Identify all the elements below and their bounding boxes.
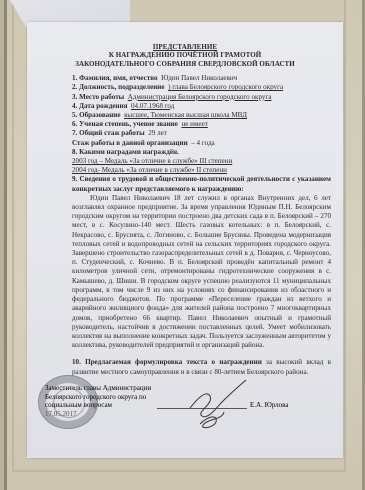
handwritten-signature-icon [188, 378, 248, 433]
awards-heading: 8. Какими наградами награждён. [72, 148, 334, 157]
field-label: 3. Место работы [72, 93, 124, 101]
field-value: Администрация Белоярского городского окр… [128, 93, 272, 101]
field-label: 7. Общий стаж работы [72, 129, 145, 137]
field-label: 5. Образование [72, 111, 121, 119]
signer-position-line: Заместитель главы Администрации [45, 384, 305, 393]
personal-fields: 1. Фамилия, имя, отчество Юдин Павел Ник… [72, 74, 334, 175]
signer-position-line: Белоярского городского округа по [45, 393, 305, 402]
field-value: не имеет [181, 120, 207, 128]
field-education: 5. Образование высшее, Тюменская высшая … [72, 111, 334, 120]
title-line-3: ЗАКОНОДАТЕЛЬНОГО СОБРАНИЯ СВЕРДЛОВСКОЙ О… [27, 60, 343, 68]
field-label: 1. Фамилия, имя, отчество [72, 74, 158, 82]
field-label: Стаж работы в данной организации [72, 139, 188, 147]
field-full-name: 1. Фамилия, имя, отчество Юдин Павел Ник… [72, 74, 334, 83]
section-9-heading: 9. Сведения о трудовой и общественно-пол… [72, 175, 331, 193]
field-position: 2. Должность, подразделение ) глава Бело… [72, 83, 334, 92]
section-10-heading: 10. Предлагаемая формулировка текста о н… [72, 358, 262, 366]
field-value: 29 лет [148, 129, 167, 137]
signature-block: Заместитель главы Администрации Белоярск… [45, 384, 305, 410]
award-item: 2003 год – Медаль «За отличие в службе» … [72, 157, 334, 166]
section-9-text: Юдин Павел Николаевич 18 лет служил в ор… [72, 194, 331, 350]
field-org-experience: Стаж работы в данной организации – 4 год… [72, 139, 334, 148]
field-value: высшее, Тюменская высшая школа МВД [124, 111, 247, 119]
field-degree: 6. Ученая степень, ученое звание не имее… [72, 120, 334, 129]
field-label: 4. Дата рождения [72, 102, 127, 110]
field-label: 6. Ученая степень, ученое звание [72, 120, 178, 128]
title-line-2: К НАГРАЖДЕНИЮ ПОЧЁТНОЙ ГРАМОТОЙ [27, 51, 343, 59]
document-title: ПРЕДСТАВЛЕНИЕ К НАГРАЖДЕНИЮ ПОЧЁТНОЙ ГРА… [27, 43, 343, 68]
field-workplace: 3. Место работы Администрация Белоярског… [72, 93, 334, 102]
signer-name: Е.А. Юрлова [250, 401, 289, 410]
field-label: 2. Должность, подразделение [72, 83, 165, 91]
field-birth-date: 4. Дата рождения 04.07.1968 год [72, 102, 334, 111]
field-value: Юдин Павел Николаевич [161, 74, 237, 82]
field-value: ) глава Белоярского городского округа [168, 83, 283, 91]
section-10: 10. Предлагаемая формулировка текста о н… [72, 358, 331, 376]
field-value: – 4 года [191, 139, 214, 147]
award-item: 2004 год- Медаль «За отличие в службе» I… [72, 166, 334, 175]
field-total-experience: 7. Общий стаж работы 29 лет [72, 129, 334, 138]
signature-date: 17.05.2017 [45, 410, 77, 419]
title-line-1: ПРЕДСТАВЛЕНИЕ [27, 43, 343, 51]
field-value: 04.07.1968 год [131, 102, 174, 110]
